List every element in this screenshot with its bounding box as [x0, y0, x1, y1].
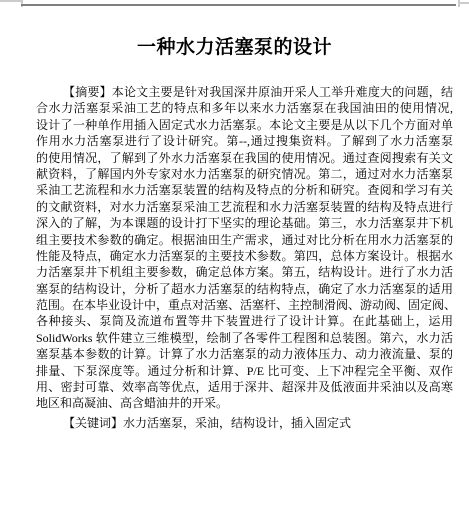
abstract-line: SolidWorks 软件建立三维模型，绘制了各零件工程图和总装图。第六，水力活 [36, 330, 453, 346]
abstract-line: 排量、下泵深度等。通过分析和计算、P/E 比可变、上下冲程完全平衡、双作 [36, 363, 453, 379]
abstract-line: 塞泵基本参数的计算。计算了水力活塞泵的动力液体压力、动力液流量、泵的 [36, 346, 453, 362]
abstract-line: 设计了一种单作用插入固定式水力活塞泵。本论文主要是从以下几个方面对单 [36, 117, 453, 133]
abstract-line: 塞泵的结构设计，分析了超水力活塞泵的结构特点，确定了水力活塞泵的适用 [36, 281, 453, 297]
keywords-line: 【关键词】水力活塞泵，采油，结构设计，插入固定式 [36, 415, 453, 431]
abstract-line: 的使用情况，了解到了外水力活塞泵在我国的使用情况。通过查阅搜索有关文 [36, 150, 453, 166]
abstract-line: 各种接头、泵筒及流道布置等井下装置进行了设计计算。在此基础上，运用 [36, 313, 453, 329]
abstract-line: 地区和高凝油、高含蜡油井的开采。 [36, 395, 453, 411]
abstract-line: 组主要技术参数的确定。根据油田生产需求，通过对比分析在用水力活塞泵的 [36, 232, 453, 248]
abstract-line: 作用水力活塞泵进行了设计研究。第--,通过搜集资料。了解到了水力活塞泵 [36, 133, 453, 149]
abstract-line: 献资料，了解国内外专家对水力活塞泵的研究情况。第二，通过对水力活塞泵 [36, 166, 453, 182]
page-header-rule [21, 4, 456, 6]
abstract-paragraph: 【摘要】本论文主要是针对我国深井原油开采人工举升难度大的问题，结 合水力活塞泵采… [36, 84, 453, 432]
abstract-line: 力活塞泵井下机组主要参数，确定总体方案。第五，结构设计。进行了水力活 [36, 264, 453, 280]
text-boundary-mark-left-horizontal [0, 0, 22, 2]
abstract-line: 性能及特点，确定水力活塞泵的主要技术参数。第四，总体方案设计。根据水 [36, 248, 453, 264]
abstract-line: 用、密封可靠、效率高等优点，适用于深井、超深井及低液面井采油以及高寒 [36, 379, 453, 395]
abstract-line: 范围。在本毕业设计中，重点对活塞、活塞杆、主控制滑阀、游动阀、固定阀、 [36, 297, 453, 313]
abstract-line: 的文献资料，对水力活塞泵采油工艺流程和水力活塞泵装置的结构及特点进行 [36, 199, 453, 215]
document-title: 一种水力活塞泵的设计 [0, 35, 469, 61]
abstract-line: 深入的了解，为本课题的设计打下坚实的理论基础。第三，水力活塞泵井下机 [36, 215, 453, 231]
abstract-line: 合水力活塞泵采油工艺的特点和多年以来水力活塞泵在我国油田的使用情况, [36, 100, 453, 116]
abstract-line: 采油工艺流程和水力活塞泵装置的结构及特点的分析和研究。查阅和学习有关 [36, 182, 453, 198]
text-boundary-mark-right-horizontal [459, 2, 469, 4]
text-boundary-mark-right-vertical [458, 0, 460, 7]
document-page: 一种水力活塞泵的设计 【摘要】本论文主要是针对我国深井原油开采人工举升难度大的问… [0, 0, 469, 508]
abstract-line: 【摘要】本论文主要是针对我国深井原油开采人工举升难度大的问题，结 [36, 84, 453, 100]
